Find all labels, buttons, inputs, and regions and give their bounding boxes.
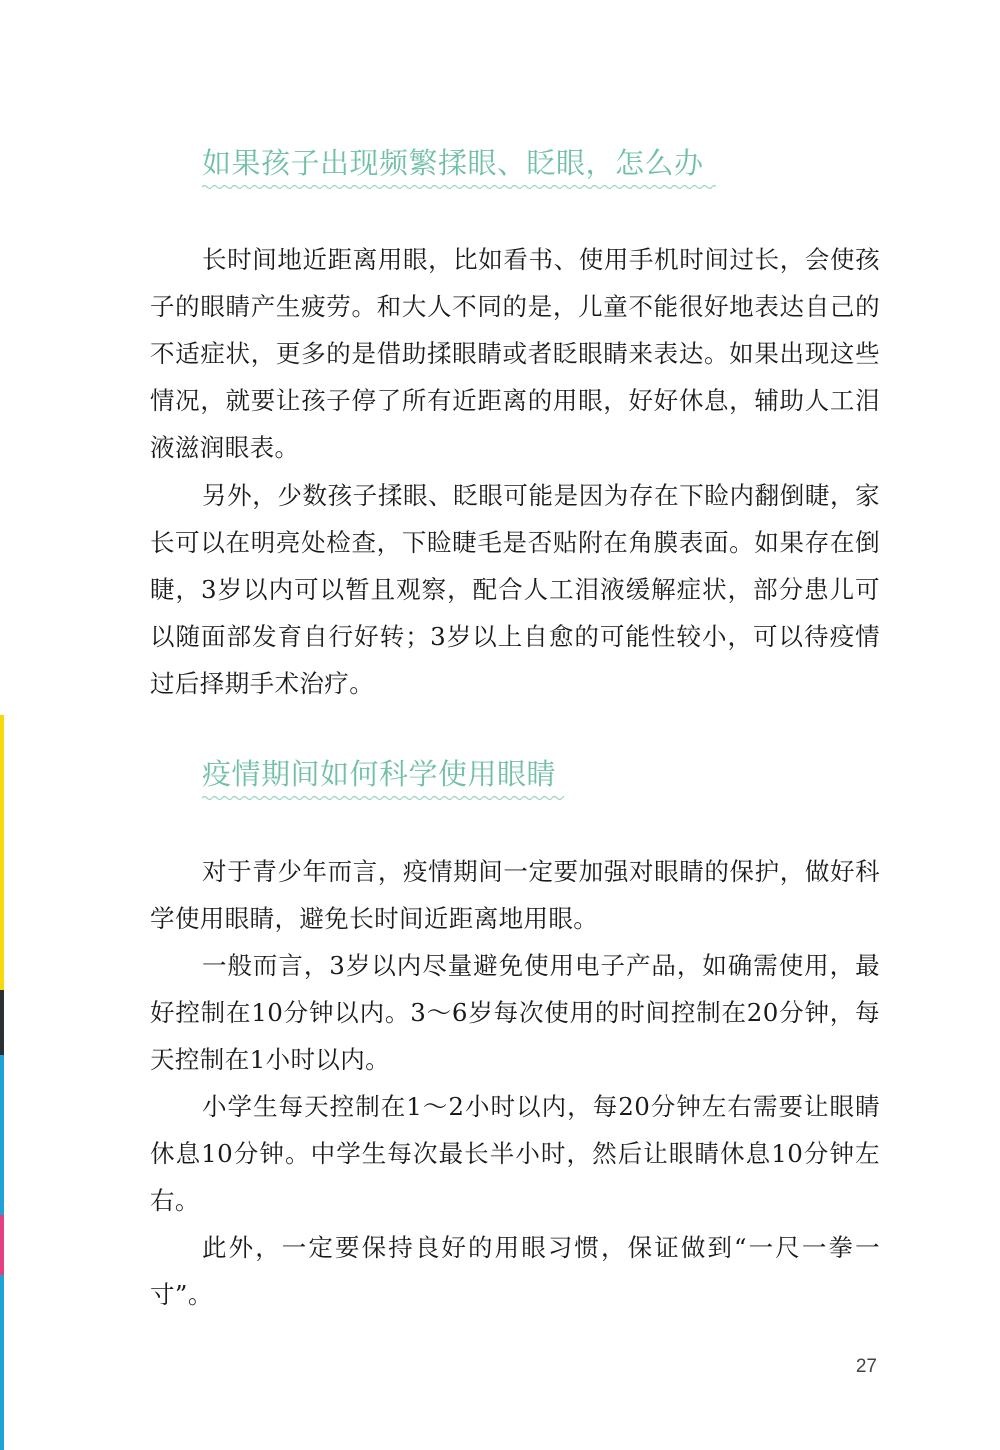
- print-color-bar-magenta: [0, 1215, 4, 1275]
- print-color-bar-yellow: [0, 715, 4, 990]
- print-color-bar-cyan: [0, 1055, 4, 1215]
- print-color-bar-black: [0, 990, 4, 1055]
- paragraph: 此外，一定要保持良好的用眼习惯，保证做到“一尺一拳一寸”。: [150, 1224, 880, 1318]
- wavy-underline-decoration: [202, 183, 716, 191]
- print-color-bar-cyan-2: [0, 1275, 4, 1450]
- wavy-underline-decoration: [202, 794, 564, 802]
- section-title-rubbing-eyes: 如果孩子出现频繁揉眼、眨眼，怎么办: [202, 146, 704, 180]
- paragraph: 对于青少年而言，疫情期间一定要加强对眼睛的保护，做好科学使用眼睛，避免长时间近距…: [150, 848, 880, 942]
- paragraph: 另外，少数孩子揉眼、眨眼可能是因为存在下睑内翻倒睫，家长可以在明亮处检查，下睑睫…: [150, 472, 880, 707]
- paragraph: 小学生每天控制在1～2小时以内，每20分钟左右需要让眼睛休息10分钟。中学生每次…: [150, 1083, 880, 1224]
- paragraph: 长时间地近距离用眼，比如看书、使用手机时间过长，会使孩子的眼睛产生疲劳。和大人不…: [150, 236, 880, 471]
- section-title-eye-use-during-epidemic: 疫情期间如何科学使用眼睛: [202, 757, 556, 791]
- page-number: 27: [856, 1356, 877, 1378]
- paragraph: 一般而言，3岁以内尽量避免使用电子产品，如确需使用，最好控制在10分钟以内。3～…: [150, 942, 880, 1083]
